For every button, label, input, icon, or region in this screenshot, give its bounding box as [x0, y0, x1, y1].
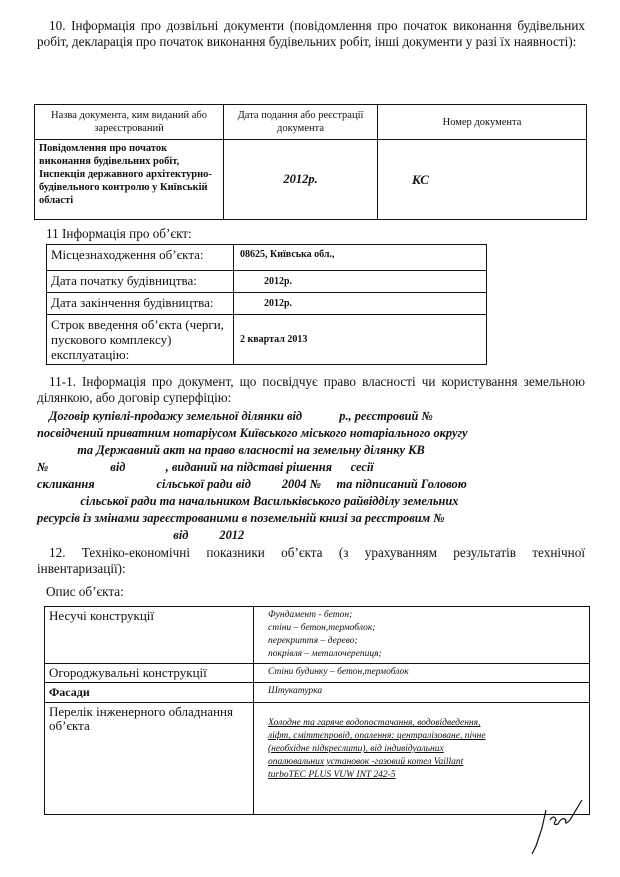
header-document-name: Назва документа, ким виданий або зареєст…: [35, 105, 224, 140]
permits-table: Назва документа, ким виданий або зареєст…: [34, 104, 587, 220]
end-date-label: Дата закінчення будівництва:: [47, 293, 234, 315]
object-description-table: Несучі конструкції Фундамент - бетон; ст…: [44, 606, 590, 815]
deed-line: від 2012: [37, 527, 585, 544]
table-row: Несучі конструкції Фундамент - бетон; ст…: [45, 607, 590, 664]
value-line: покрівля – металочерепиця;: [268, 648, 585, 661]
header-document-date: Дата подання або реєстрації документа: [224, 105, 378, 140]
header-document-number: Номер документа: [378, 105, 587, 140]
deed-line: ресурсів із змінами зареєстрованими в по…: [37, 510, 585, 527]
document-date-cell: 2012р.: [224, 140, 378, 220]
commissioning-label: Строк введення об’єкта (черги, пускового…: [47, 315, 234, 365]
deed-line: № від , виданий на підставі рішення сесі…: [37, 459, 585, 476]
table-row: Місцезнаходження об’єкта: 08625, Київськ…: [47, 245, 487, 271]
facades-value: Штукатурка: [254, 683, 590, 703]
end-date-value: 2012р.: [234, 293, 487, 315]
value-line: ліфт, сміттєпровід, опалення: централізо…: [268, 730, 585, 743]
value-line: Холодне та гаряче водопостачання, водові…: [268, 717, 585, 730]
table-row: Перелік інженерного обладнання об’єкта Х…: [45, 703, 590, 815]
deed-line: посвідчений приватним нотаріусом Київськ…: [37, 425, 585, 442]
commissioning-value: 2 квартал 2013: [234, 315, 487, 365]
value-line: перекриття – дерево;: [268, 635, 585, 648]
load-bearing-label: Несучі конструкції: [45, 607, 254, 664]
deed-line: сільської ради та начальником Васильківс…: [37, 493, 585, 510]
table-row: Огороджувальні конструкції Стіни будинку…: [45, 664, 590, 683]
facades-label: Фасади: [45, 683, 254, 703]
value-line: Штукатурка: [268, 685, 585, 698]
engineering-equipment-label: Перелік інженерного обладнання об’єкта: [45, 703, 254, 815]
table-row: Дата закінчення будівництва: 2012р.: [47, 293, 487, 315]
table-row: Фасади Штукатурка: [45, 683, 590, 703]
document-number-cell: КС: [378, 140, 587, 220]
table-header-row: Назва документа, ким виданий або зареєст…: [35, 105, 587, 140]
location-value: 08625, Київська обл.,: [234, 245, 487, 271]
value-line: turboTEC PLUS VUW INT 242-5: [268, 769, 585, 782]
value-line: (необхідне підкреслити), від індивідуаль…: [268, 743, 585, 756]
engineering-equipment-value: Холодне та гаряче водопостачання, водові…: [254, 703, 590, 815]
value-line: опалювальних установок -газовий котел Va…: [268, 756, 585, 769]
location-label: Місцезнаходження об’єкта:: [47, 245, 234, 271]
object-description-label: Опис об’єкта:: [46, 584, 594, 600]
section-11-1-heading: 11-1. Інформація про документ, що посвід…: [37, 374, 585, 406]
table-row: Строк введення об’єкта (черги, пускового…: [47, 315, 487, 365]
value-line: Стіни будинку – бетон,термоблок: [268, 666, 585, 679]
table-row: Дата початку будівництва: 2012р.: [47, 271, 487, 293]
section-11-heading: 11 Інформація про об’єкт:: [46, 226, 594, 242]
value-line: Фундамент - бетон;: [268, 609, 585, 622]
deed-line: скликання сільської ради від 2004 № та п…: [37, 476, 585, 493]
start-date-value: 2012р.: [234, 271, 487, 293]
deed-line: та Державний акт на право власності на з…: [37, 442, 585, 459]
document-name-cell: Повідомлення про початок виконання будів…: [35, 140, 224, 220]
section-12-heading: 12. Техніко-економічні показники об’єкта…: [37, 545, 585, 577]
deed-line: Договір купівлі-продажу земельної ділянк…: [37, 408, 585, 425]
value-line: стіни – бетон,термоблок;: [268, 622, 585, 635]
land-ownership-document-text: Договір купівлі-продажу земельної ділянк…: [37, 408, 585, 544]
section-10-heading: 10. Інформація про дозвільні документи (…: [37, 18, 585, 50]
handwritten-signature-icon: [528, 800, 588, 856]
object-info-table: Місцезнаходження об’єкта: 08625, Київськ…: [46, 244, 487, 365]
load-bearing-value: Фундамент - бетон; стіни – бетон,термобл…: [254, 607, 590, 664]
table-row: Повідомлення про початок виконання будів…: [35, 140, 587, 220]
start-date-label: Дата початку будівництва:: [47, 271, 234, 293]
enclosing-structures-label: Огороджувальні конструкції: [45, 664, 254, 683]
enclosing-structures-value: Стіни будинку – бетон,термоблок: [254, 664, 590, 683]
